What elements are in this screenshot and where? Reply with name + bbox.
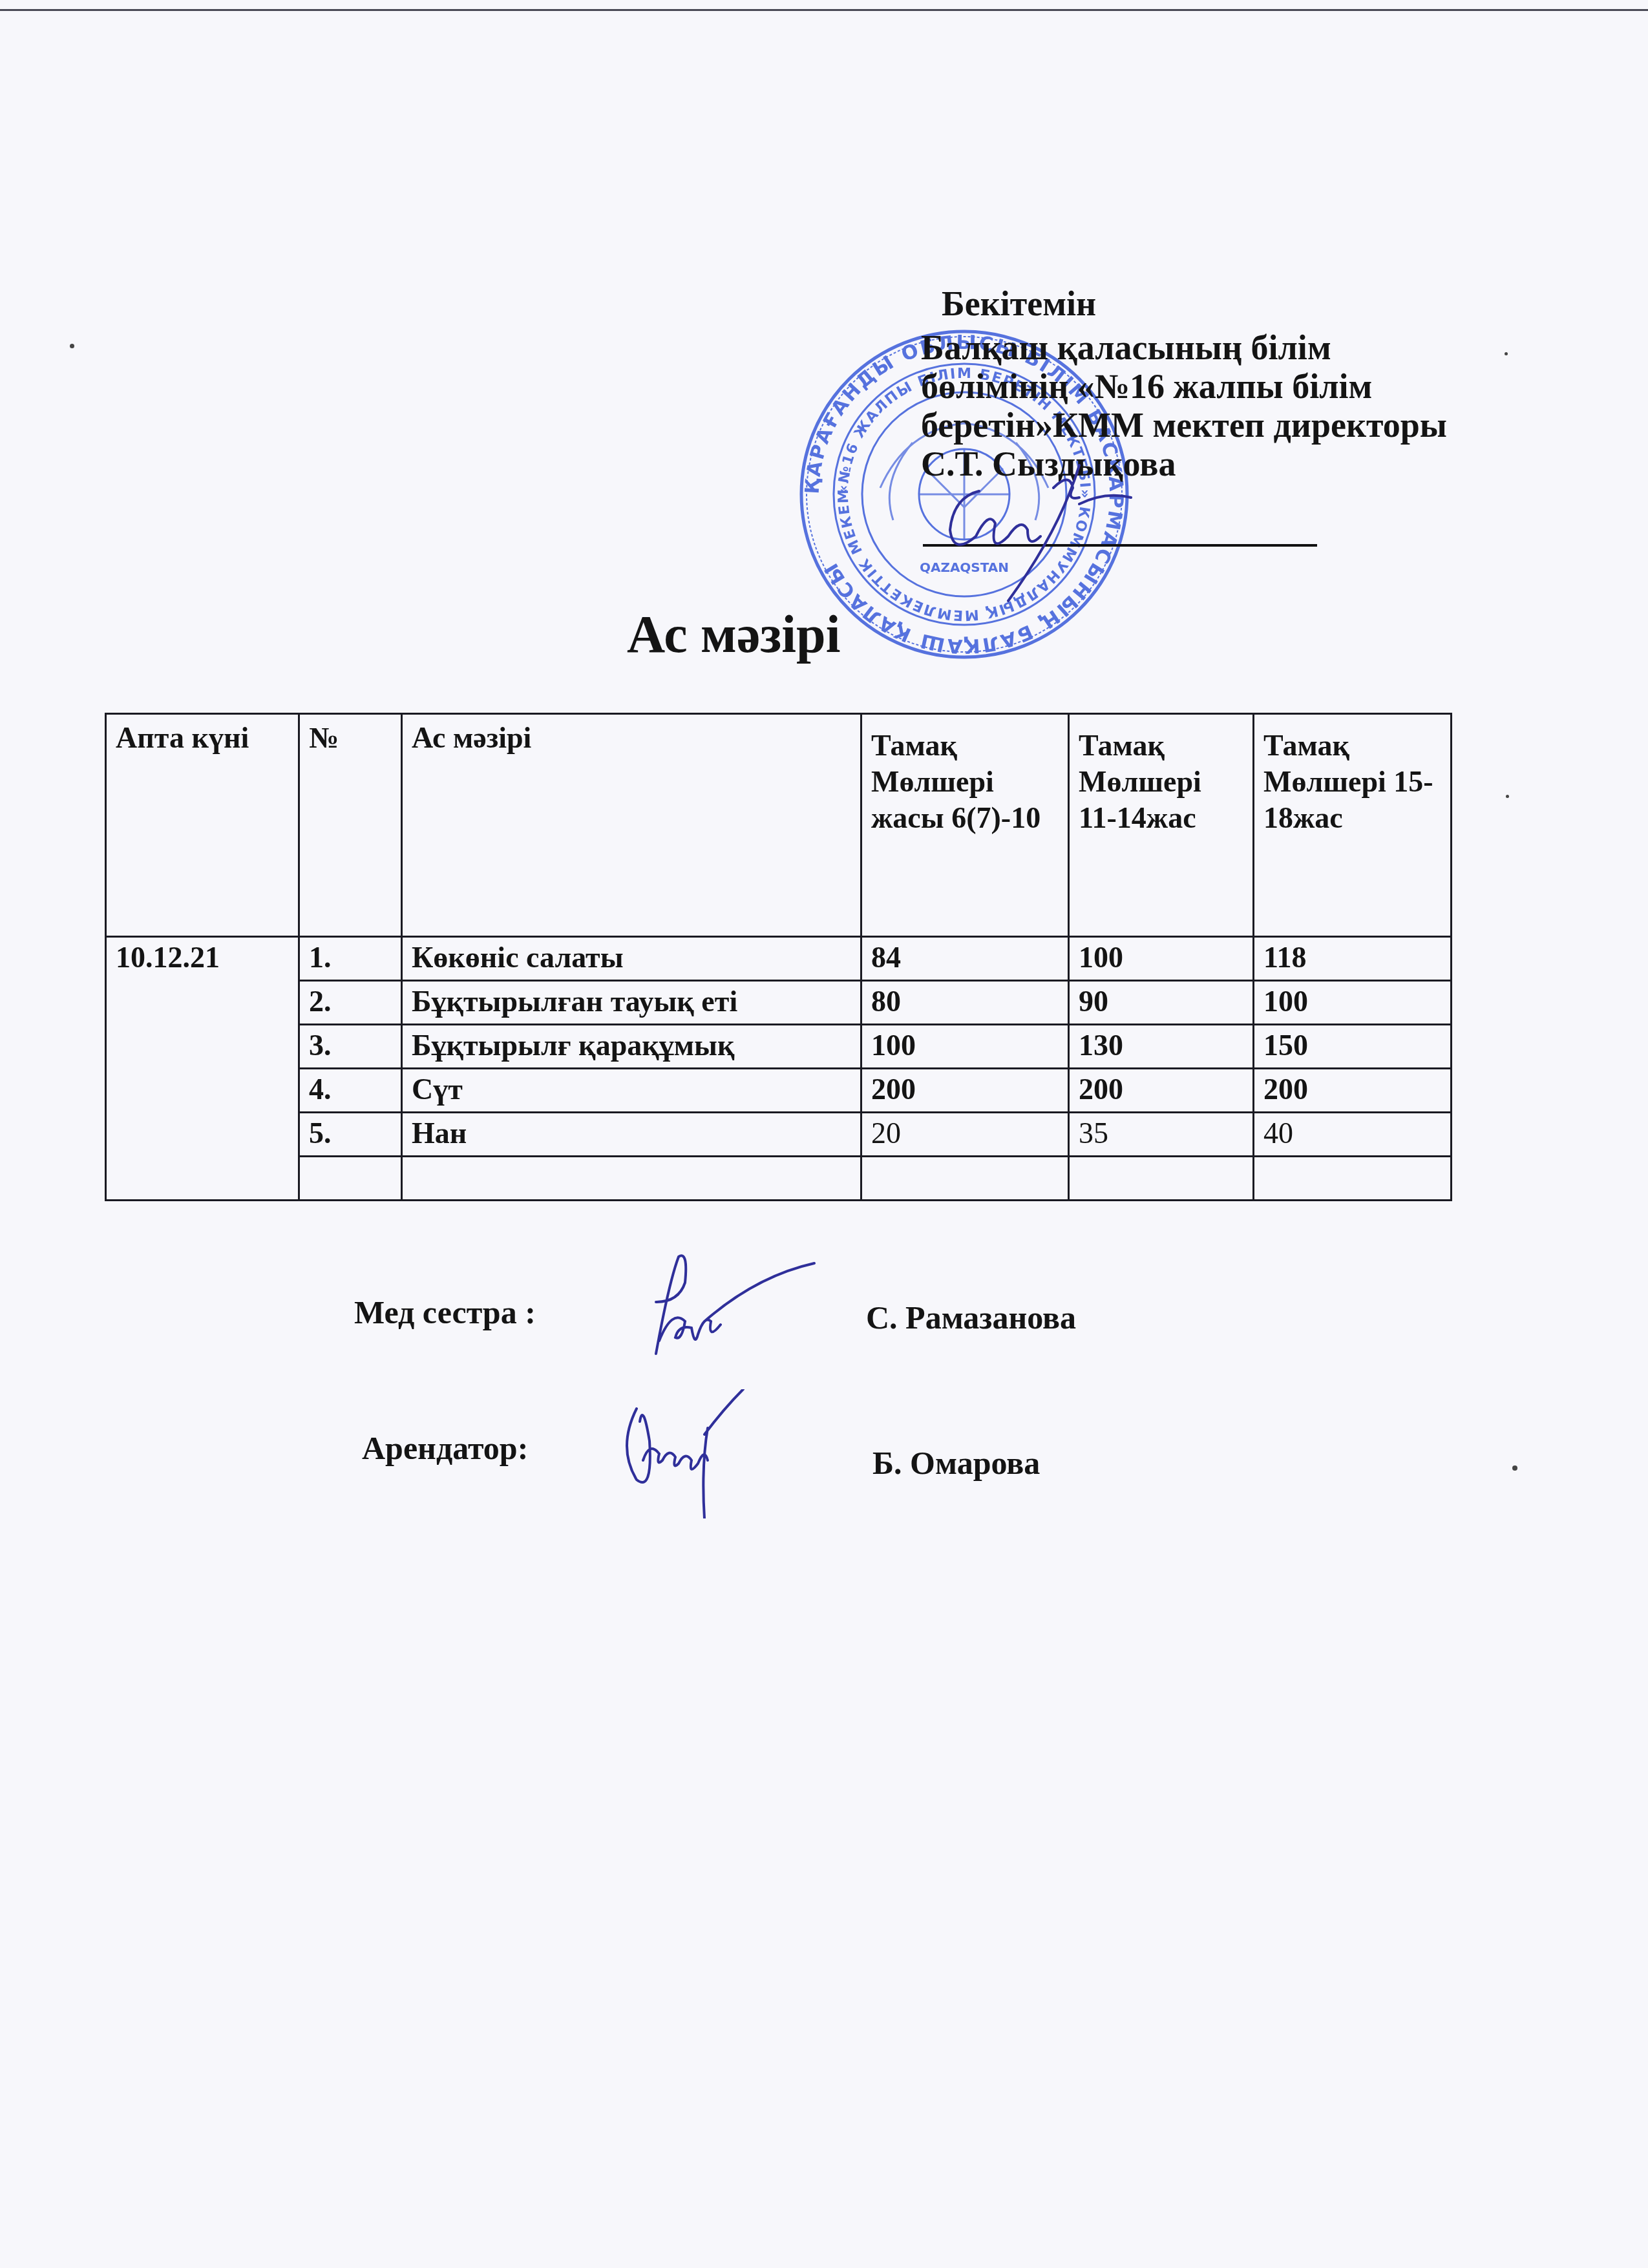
table-row: 5. Нан 20 35 40 (106, 1113, 1452, 1157)
dish-name (402, 1157, 861, 1201)
portion-age-11-14 (1069, 1157, 1254, 1201)
scan-speck (1512, 1465, 1517, 1471)
nurse-name: С. Рамазанова (866, 1299, 1076, 1336)
menu-table: Апта күні № Ас мәзірі Тамақ Мөлшері жасы… (105, 713, 1452, 1201)
portion-age-15-18: 118 (1254, 937, 1452, 981)
portion-age-11-14: 35 (1069, 1113, 1254, 1157)
dish-name: Бұқтырылған тауық еті (402, 981, 861, 1025)
tenant-name: Б. Омарова (872, 1444, 1040, 1482)
approval-line: бөлімінің «№16 жалпы білім (921, 367, 1447, 406)
approval-line: беретін»КММ мектеп директоры (921, 406, 1447, 445)
header-age-11-14: Тамақ Мөлшері 11-14жас (1069, 714, 1254, 937)
row-number: 3. (299, 1025, 402, 1069)
scan-edge (0, 9, 1648, 11)
table-row: 2. Бұқтырылған тауық еті 80 90 100 (106, 981, 1452, 1025)
scan-speck (70, 344, 74, 348)
header-day: Апта күні (106, 714, 299, 937)
portion-age-15-18 (1254, 1157, 1452, 1201)
approval-heading: Бекітемін (921, 284, 1447, 323)
approval-line: Балқаш қаласының білім (921, 328, 1447, 367)
nurse-signature (620, 1250, 827, 1360)
portion-age-6-10: 200 (861, 1069, 1069, 1113)
row-number: 5. (299, 1113, 402, 1157)
table-header-row: Апта күні № Ас мәзірі Тамақ Мөлшері жасы… (106, 714, 1452, 937)
header-number: № (299, 714, 402, 937)
row-number (299, 1157, 402, 1201)
table-row: 4. Сүт 200 200 200 (106, 1069, 1452, 1113)
header-menu: Ас мәзірі (402, 714, 861, 937)
header-age-6-10: Тамақ Мөлшері жасы 6(7)-10 (861, 714, 1069, 937)
portion-age-6-10: 100 (861, 1025, 1069, 1069)
table-row-empty (106, 1157, 1452, 1201)
portion-age-11-14: 200 (1069, 1069, 1254, 1113)
table-row: 10.12.21 1. Көкөніс салаты 84 100 118 (106, 937, 1452, 981)
dish-name: Сүт (402, 1069, 861, 1113)
portion-age-11-14: 100 (1069, 937, 1254, 981)
dish-name: Нан (402, 1113, 861, 1157)
portion-age-11-14: 90 (1069, 981, 1254, 1025)
portion-age-6-10: 80 (861, 981, 1069, 1025)
scan-speck (1505, 352, 1508, 355)
portion-age-15-18: 150 (1254, 1025, 1452, 1069)
dish-name: Көкөніс салаты (402, 937, 861, 981)
portion-age-15-18: 40 (1254, 1113, 1452, 1157)
portion-age-15-18: 100 (1254, 981, 1452, 1025)
portion-age-6-10: 20 (861, 1113, 1069, 1157)
row-number: 2. (299, 981, 402, 1025)
portion-age-15-18: 200 (1254, 1069, 1452, 1113)
portion-age-6-10: 84 (861, 937, 1069, 981)
page-title: Ас мәзірі (627, 604, 840, 665)
portion-age-6-10 (861, 1157, 1069, 1201)
row-number: 4. (299, 1069, 402, 1113)
table-row: 3. Бұқтырылғ қарақұмық 100 130 150 (106, 1025, 1452, 1069)
nurse-label: Мед сестра : (354, 1294, 536, 1331)
scan-speck (1506, 795, 1509, 798)
portion-age-11-14: 130 (1069, 1025, 1254, 1069)
header-age-15-18: Тамақ Мөлшері 15-18жас (1254, 714, 1452, 937)
row-number: 1. (299, 937, 402, 981)
dish-name: Бұқтырылғ қарақұмық (402, 1025, 861, 1069)
tenant-signature (614, 1389, 808, 1518)
tenant-label: Арендатор: (362, 1429, 528, 1467)
director-signature (918, 452, 1189, 607)
date-cell: 10.12.21 (106, 937, 299, 1201)
